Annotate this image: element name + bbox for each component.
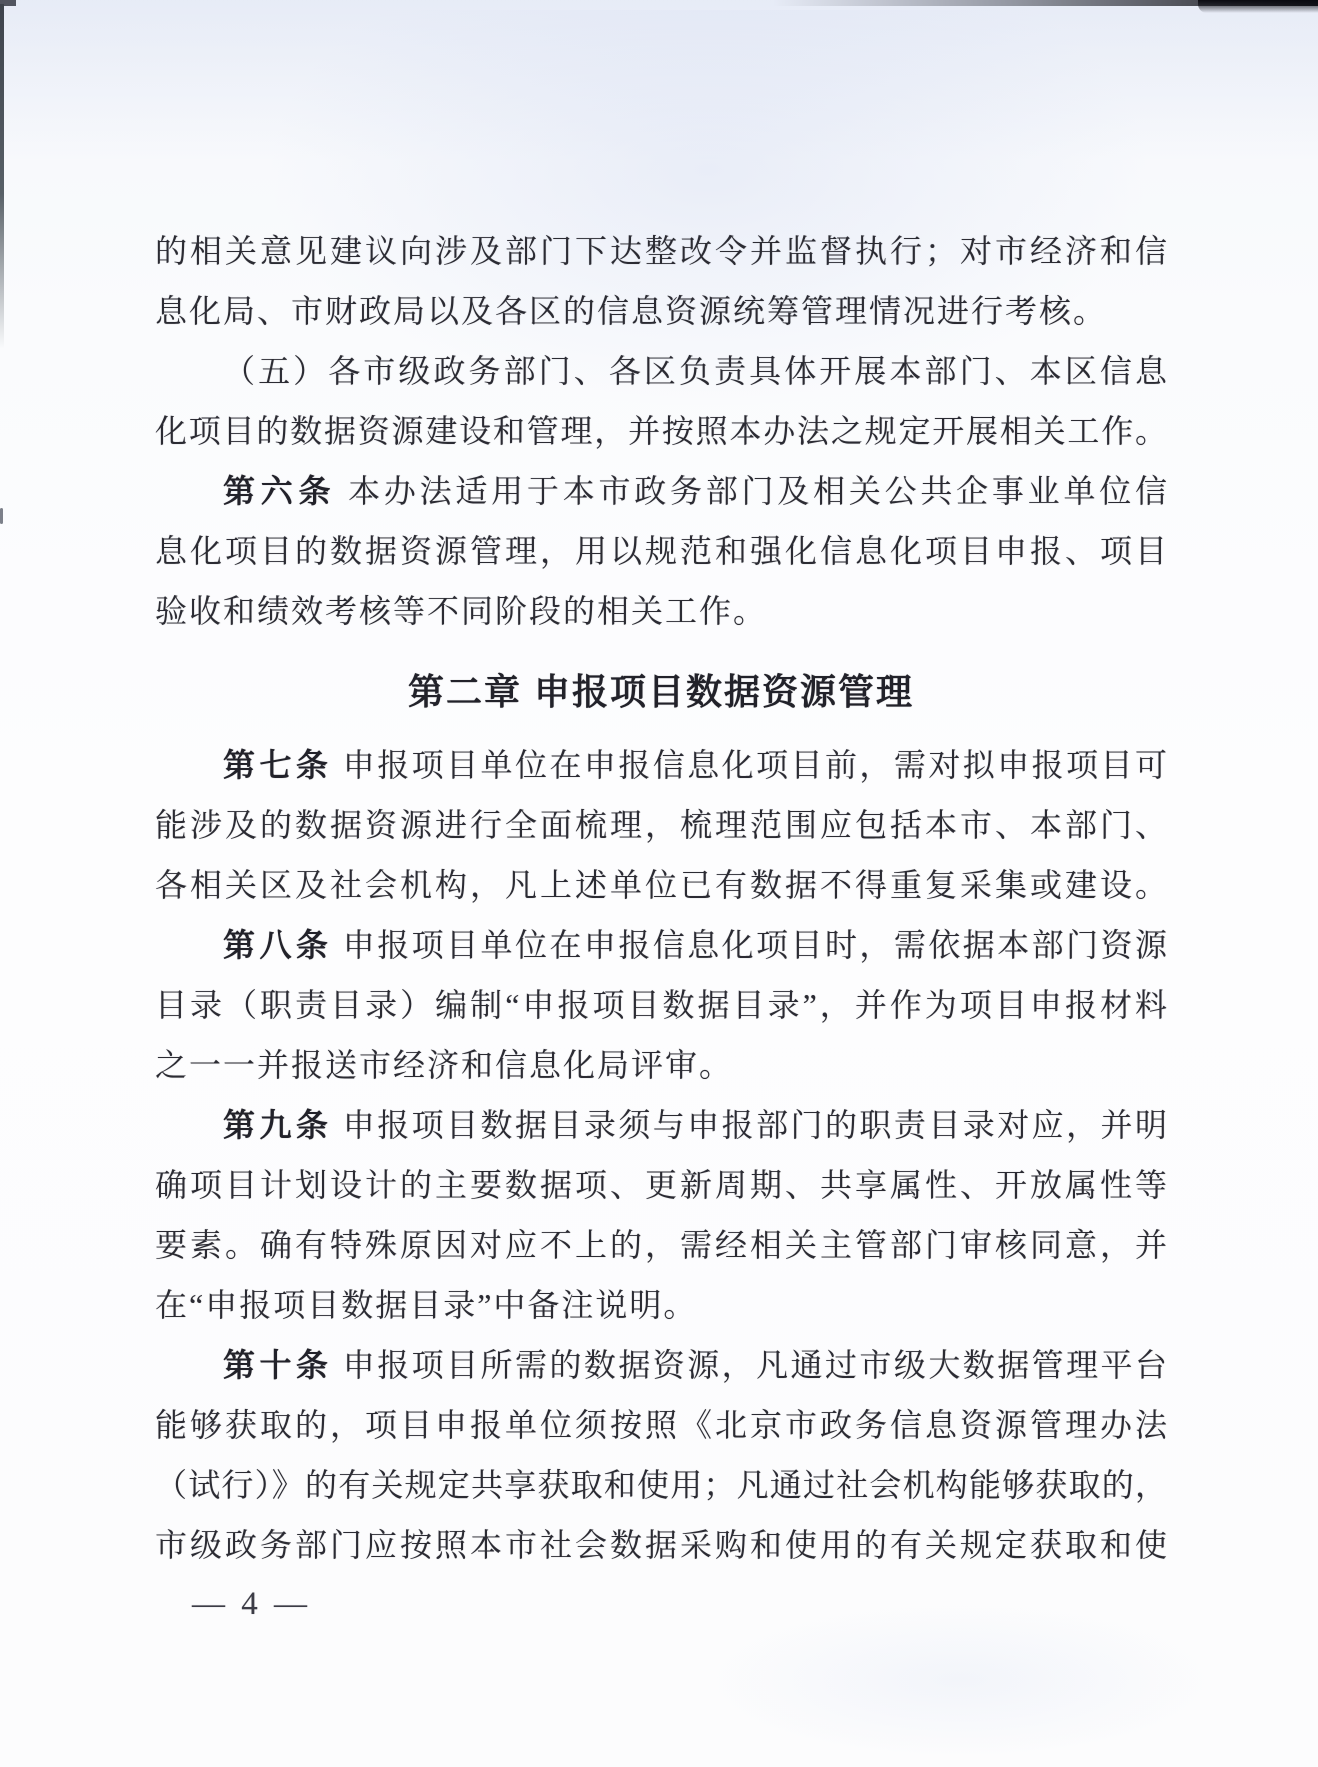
text-line: 能够获取的，项目申报单位须按照《北京市政务信息资源管理办法 (155, 1395, 1167, 1455)
page-number-footer: — 4 — (192, 1586, 311, 1623)
text-line: 在“申报项目数据目录”中备注说明。 (155, 1275, 1167, 1335)
text-line: 要素。确有特殊原因对应不上的，需经相关主管部门审核同意，并 (155, 1215, 1167, 1275)
scan-tint-bottom (700, 1600, 1220, 1760)
chapter-heading: 第二章 申报项目数据资源管理 (155, 662, 1167, 722)
scan-artifact-left-mark (0, 508, 3, 524)
text-line: 市级政务部门应按照本市社会数据采购和使用的有关规定获取和使 (155, 1515, 1167, 1575)
text-line: 第八条 申报项目单位在申报信息化项目时，需依据本部门资源 (155, 915, 1167, 975)
text-line: 化项目的数据资源建设和管理，并按照本办法之规定开展相关工作。 (155, 401, 1167, 461)
text-line: （五）各市级政务部门、各区负责具体开展本部门、本区信息 (155, 341, 1167, 401)
article-number-label: 第九条 (223, 1107, 332, 1143)
document-text-block: 的相关意见建议向涉及部门下达整改令并监督执行；对市经济和信息化局、市财政局以及各… (155, 221, 1167, 1575)
text-line: 能涉及的数据资源进行全面梳理，梳理范围应包括本市、本部门、 (155, 795, 1167, 855)
text-line: 验收和绩效考核等不同阶段的相关工作。 (155, 581, 1167, 641)
text-line: 目录（职责目录）编制“申报项目数据目录”，并作为项目申报材料 (155, 975, 1167, 1035)
scan-artifact-left-edge (0, 4, 4, 349)
text-line: 第七条 申报项目单位在申报信息化项目前，需对拟申报项目可 (155, 735, 1167, 795)
article-number-label: 第十条 (223, 1347, 332, 1383)
text-line: 第十条 申报项目所需的数据资源，凡通过市级大数据管理平台 (155, 1335, 1167, 1395)
text-line: 之一一并报送市经济和信息化局评审。 (155, 1035, 1167, 1095)
article-number-label: 第六条 (223, 473, 336, 509)
text-line: 息化局、市财政局以及各区的信息资源统筹管理情况进行考核。 (155, 281, 1167, 341)
text-line: 第九条 申报项目数据目录须与申报部门的职责目录对应，并明 (155, 1095, 1167, 1155)
article-number-label: 第七条 (223, 747, 332, 783)
text-line: （试行）》的有关规定共享获取和使用；凡通过社会机构能够获取的， (155, 1455, 1167, 1515)
article-number-label: 第八条 (223, 927, 332, 963)
text-line: 各相关区及社会机构，凡上述单位已有数据不得重复采集或建设。 (155, 855, 1167, 915)
text-line: 的相关意见建议向涉及部门下达整改令并监督执行；对市经济和信 (155, 221, 1167, 281)
text-line: 息化项目的数据资源管理，用以规范和强化信息化项目申报、项目 (155, 521, 1167, 581)
text-line: 第六条 本办法适用于本市政务部门及相关公共企事业单位信 (155, 461, 1167, 521)
text-line: 确项目计划设计的主要数据项、更新周期、共享属性、开放属性等 (155, 1155, 1167, 1215)
scan-artifact-top-right-corner (1198, 0, 1318, 13)
scanned-document-page: 的相关意见建议向涉及部门下达整改令并监督执行；对市经济和信息化局、市财政局以及各… (0, 0, 1318, 1767)
